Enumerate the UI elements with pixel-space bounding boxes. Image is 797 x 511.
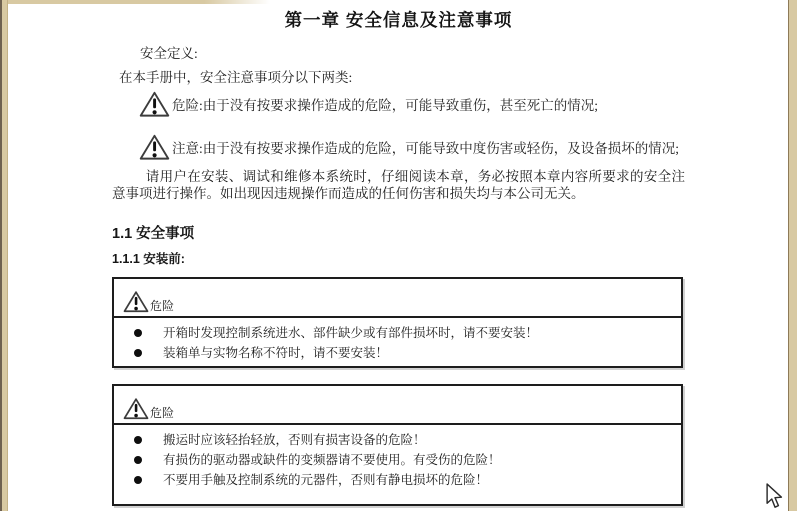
section-heading: 1.1 安全事项 [112,222,194,243]
bullet-text: 搬运时应该轻抬轻放，否则有损害设备的危险！ [163,430,426,450]
bullet-dot-icon [134,436,142,444]
safety-classes-line: 在本手册中，安全注意事项分以下两类: [119,66,352,86]
warning-box-label: 危险 [150,406,174,420]
bullet-dot-icon [134,329,142,337]
page-title: 第一章 安全信息及注意事项 [0,7,797,32]
warning-box-body: 搬运时应该轻抬轻放，否则有损害设备的危险！ 有损伤的驱动器或缺件的变频器请不要使… [114,425,681,490]
danger-definition-text: 危险:由于没有按要求操作造成的危险，可能导致重伤，甚至死亡的情况; [172,94,598,114]
bullet-text: 不要用手触及控制系统的元器件，否则有静电损坏的危险！ [163,470,488,490]
safety-definition-label: 安全定义: [140,42,198,62]
warning-triangle-icon [139,133,170,161]
warning-box-header: 危险 [114,279,681,318]
viewer-frame-right [788,0,797,511]
list-item: 装箱单与实物名称不符时，请不要安装！ [127,343,671,363]
warning-box-danger-1: 危险 开箱时发现控制系统进水、部件缺少或有部件损坏时，请不要安装！ 装箱单与实物… [112,277,683,368]
viewer-frame-top [8,0,270,4]
viewer-frame-left [0,0,8,511]
warning-triangle-icon [139,90,170,118]
list-item: 有损伤的驱动器或缺件的变频器请不要使用。有受伤的危险！ [127,450,671,470]
warning-box-danger-2: 危险 搬运时应该轻抬轻放，否则有损害设备的危险！ 有损伤的驱动器或缺件的变频器请… [112,384,683,506]
bullet-text: 装箱单与实物名称不符时，请不要安装！ [163,343,388,363]
mouse-cursor-icon [765,483,783,509]
warning-triangle-icon [123,397,149,420]
warning-box-label: 危险 [150,299,174,313]
list-item: 搬运时应该轻抬轻放，否则有损害设备的危险！ [127,430,671,450]
list-item: 不要用手触及控制系统的元器件，否则有静电损坏的危险！ [127,470,671,490]
caution-definition-text: 注意:由于没有按要求操作造成的危险，可能导致中度伤害或轻伤，及设备损坏的情况; [172,137,679,157]
bullet-dot-icon [134,349,142,357]
warning-box-body: 开箱时发现控制系统进水、部件缺少或有部件损坏时，请不要安装！ 装箱单与实物名称不… [114,318,681,363]
bullet-text: 有损伤的驱动器或缺件的变频器请不要使用。有受伤的危险！ [163,450,501,470]
warning-box-header: 危险 [114,386,681,425]
warning-triangle-icon [123,290,149,313]
user-notice-paragraph: 请用户在安装、调试和维修本系统时，仔细阅读本章，务必按照本章内容所要求的安全注意… [112,169,685,202]
bullet-dot-icon [134,456,142,464]
danger-definition-row: 危险:由于没有按要求操作造成的危险，可能导致重伤，甚至死亡的情况; [139,90,598,118]
caution-definition-row: 注意:由于没有按要求操作造成的危险，可能导致中度伤害或轻伤，及设备损坏的情况; [139,133,679,161]
bullet-text: 开箱时发现控制系统进水、部件缺少或有部件损坏时，请不要安装！ [163,323,538,343]
subsection-heading: 1.1.1 安装前: [112,249,185,267]
list-item: 开箱时发现控制系统进水、部件缺少或有部件损坏时，请不要安装！ [127,323,671,343]
bullet-dot-icon [134,476,142,484]
